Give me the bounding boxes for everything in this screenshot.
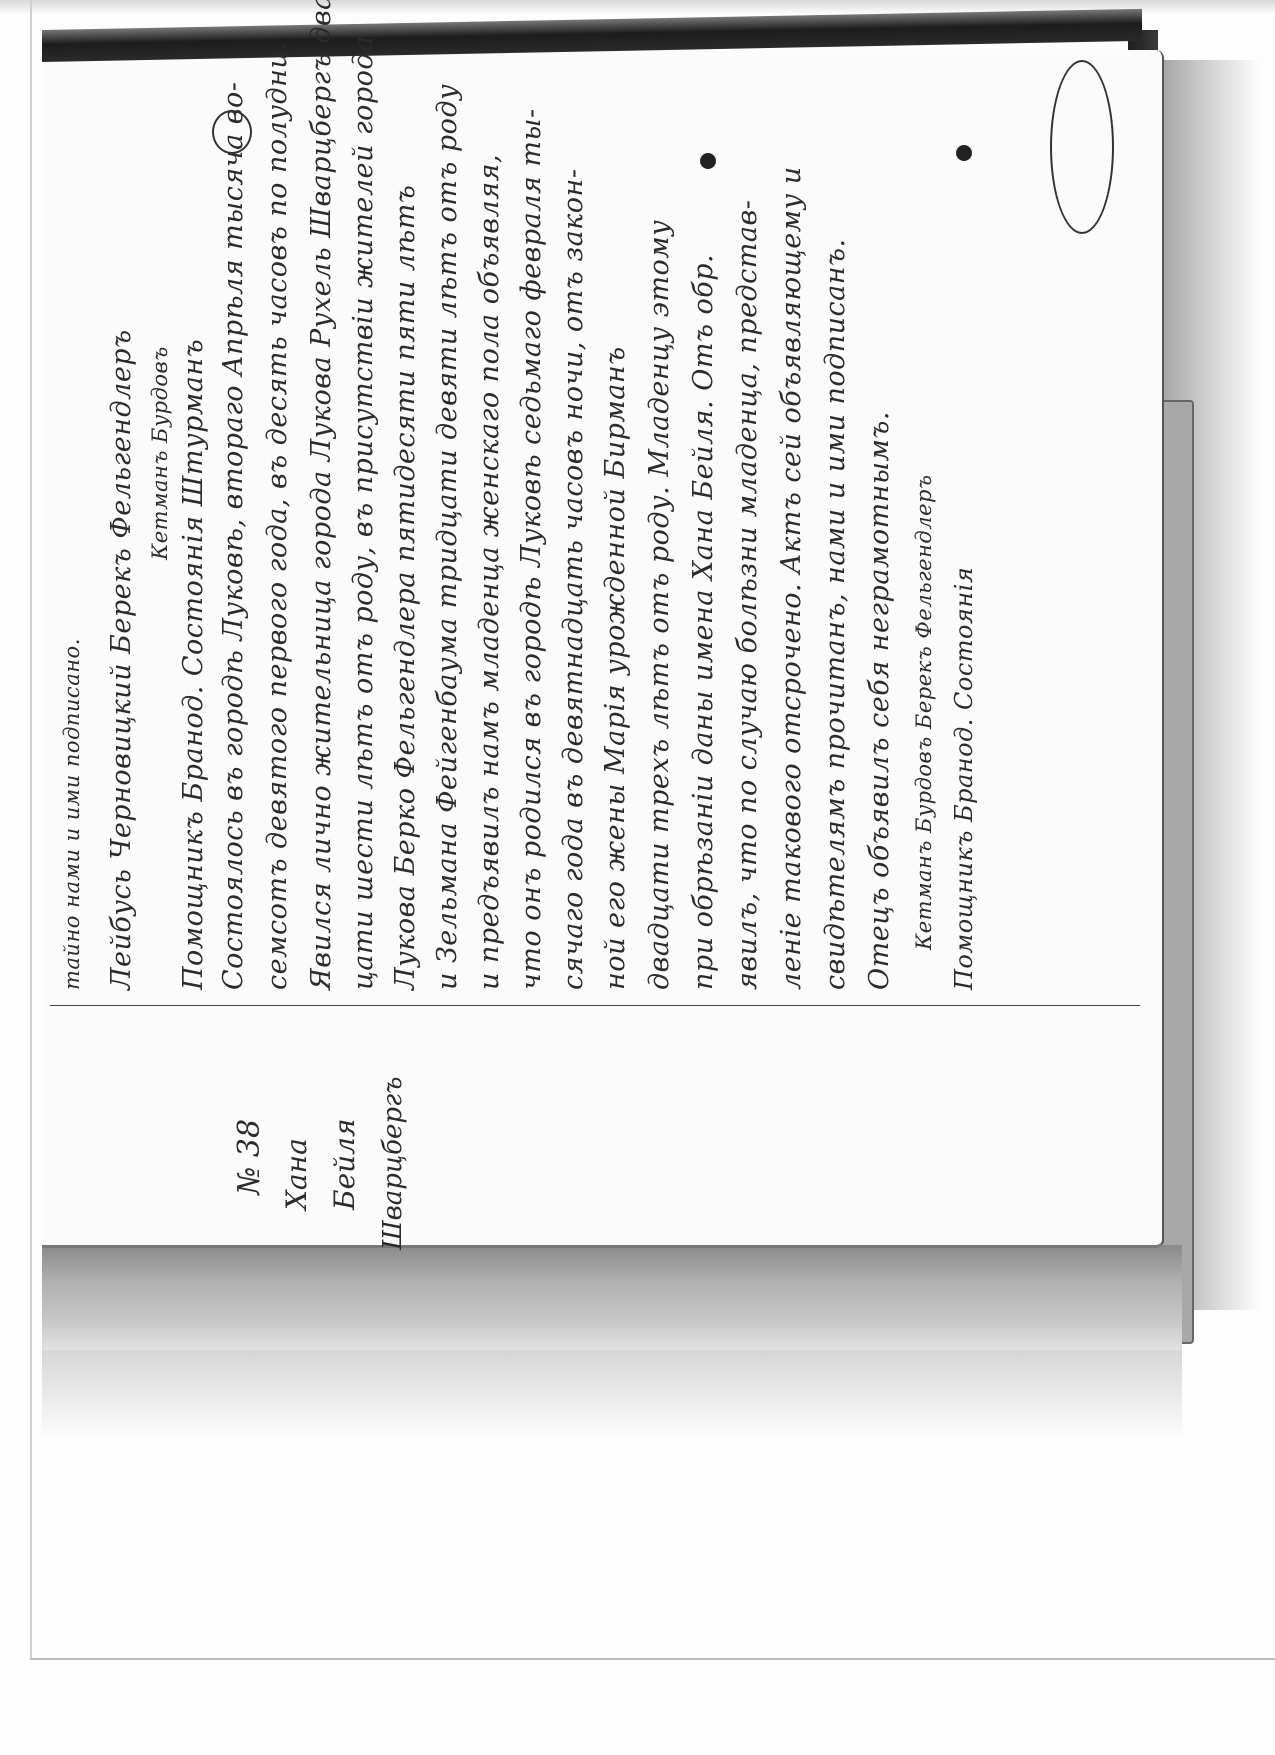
signature-flourish (212, 110, 252, 154)
text-line: явилъ, что по случаю болѣзни младенца, п… (732, 200, 763, 990)
text-line: Лейбусь Черновицкий Берекъ Фельгендлеръ (106, 329, 137, 990)
text-line: семсотъ девятого первого года, въ десять… (262, 42, 293, 990)
scan-border-left (30, 0, 32, 1660)
text-line: при обрѣзаніи даны имена Хана Бейля. Отъ… (688, 254, 719, 990)
text-line: что онъ родился въ городѣ Луковѣ седьмаг… (516, 108, 547, 990)
book-bottom-shadow (42, 1350, 1182, 1440)
margin-name-surname: Шварцбергъ (378, 1077, 408, 1250)
ink-blot (956, 145, 972, 161)
text-line: ной его жены Марія урожденной Бирманъ (600, 346, 631, 990)
text-line: Помощникъ Бранод. Состоянія (950, 567, 978, 990)
text-line: леніе такового отсрочено. Актъ сей объяв… (776, 166, 807, 990)
text-line: цати шести лѣтъ отъ роду, въ присутствіи… (348, 35, 379, 990)
margin-name-second: Бейля (328, 1118, 361, 1210)
text-line: сячаго года въ девятнадцать часовъ ночи,… (558, 169, 589, 990)
text-line: Отецъ объявилъ себя неграмотнымъ. (864, 411, 895, 990)
text-line: свидѣтелямъ прочитанъ, нами и ими подпис… (820, 238, 851, 990)
text-line: Кетманъ Бурдовъ (148, 346, 172, 560)
text-line: двадцати трехъ лѣтъ отъ роду. Младенцу э… (644, 220, 675, 990)
text-line: Состоялось въ городѣ Луковѣ, втораго Апр… (218, 82, 249, 990)
text-line: Явился лично жительница города Лукова Ру… (306, 0, 337, 990)
text-line: Помощникъ Бранод. Состоянія Штурманъ (178, 339, 209, 990)
record-number: № 38 (232, 1119, 267, 1195)
text-line: и Зельмана Фейгенбаума тридцати девяти л… (432, 84, 463, 990)
ink-blot (700, 153, 716, 169)
margin-rule (50, 1005, 1140, 1006)
margin-name-first: Хана (280, 1138, 313, 1210)
text-line: тайно нами и ими подписано. (60, 638, 84, 990)
text-line: Лукова Берко Фельгендлера пятидесяти пят… (390, 185, 421, 990)
book-bottom-edge (42, 1245, 1182, 1355)
signature-flourish (1050, 60, 1114, 234)
text-line: Кетманъ Бурдовъ Берекъ Фельгендлеръ (912, 475, 936, 950)
text-line: и предъявилъ намъ младенца женскаго пола… (474, 154, 505, 990)
scan-border-bottom (30, 1658, 1275, 1660)
